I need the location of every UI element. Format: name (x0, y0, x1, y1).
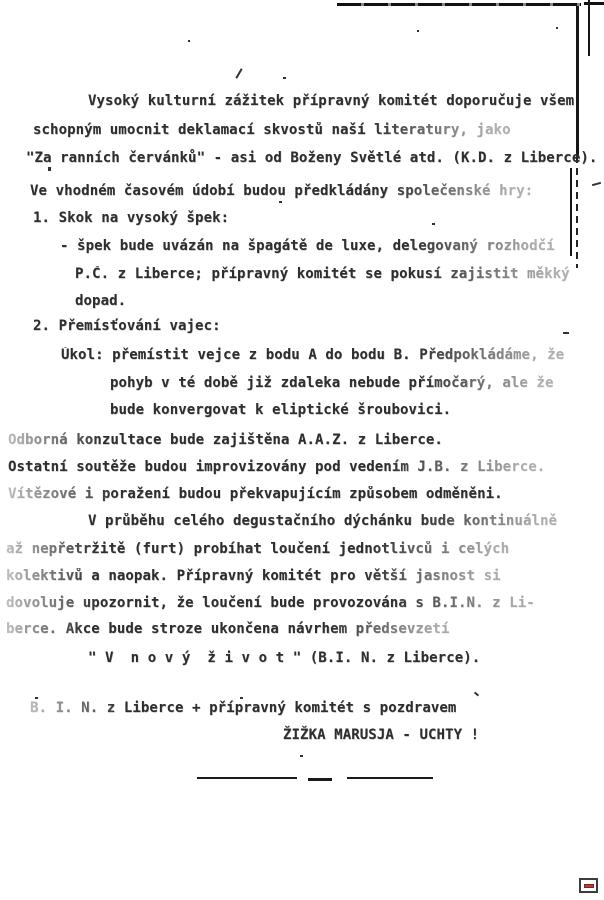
scan-border-right-dashed (576, 156, 578, 268)
document-line: - špek bude uvázán na špagátě de luxe, d… (60, 238, 555, 254)
scan-border-right (576, 6, 579, 156)
document-line: Ostatní soutěže budou improvizovány pod … (8, 459, 545, 475)
signature-line (308, 778, 332, 781)
document-line: 1. Skok na vysoký špek: (33, 210, 229, 226)
scan-speck (432, 223, 435, 225)
document-line: V průběhu celého degustačního dýchánku b… (88, 513, 557, 529)
document-line: P.Č. z Liberce; přípravný komitét se pok… (75, 266, 570, 282)
signature-line (197, 777, 297, 779)
document-line: dopad. (75, 293, 126, 309)
scan-speck (279, 201, 282, 203)
scan-border-right-inner (570, 168, 572, 256)
scanned-page: Vysoký kulturní zážitek přípravný komité… (0, 0, 604, 900)
scan-accent-mark (474, 692, 479, 697)
document-line: B. I. N. z Liberce + přípravný komitét s… (30, 700, 456, 716)
red-dash-box-icon[interactable] (579, 878, 598, 893)
document-line: bude konvergovat k eliptické šroubovici. (110, 402, 451, 418)
document-line: Odborná konzultace bude zajištěna A.A.Z.… (8, 432, 443, 448)
scan-border-right-outer (588, 0, 590, 56)
scan-speck (556, 27, 558, 29)
scan-speck (48, 167, 51, 171)
scan-speck (35, 697, 38, 699)
document-line: až nepřetržitě (furt) probíhat loučení j… (6, 541, 509, 557)
scan-speck (240, 697, 243, 699)
document-line: Úkol: přemístit vejce z bodu A do bodu B… (61, 347, 564, 363)
document-line: schopným umocnit deklamací skvostů naší … (33, 122, 511, 138)
document-line: 2. Přemísťování vajec: (33, 318, 221, 334)
document-line: pohyb v té době již zdaleka nebude přímo… (110, 375, 554, 391)
document-line: ŽIŽKA MARUSJA - UCHTY ! (283, 727, 479, 743)
scan-tilde-mark (592, 182, 601, 186)
scan-border-top-dashes (584, 2, 604, 5)
scan-border-top (337, 3, 581, 6)
document-line: berce. Akce bude stroze ukončena návrhem… (6, 621, 450, 637)
scan-dash-mark (563, 332, 569, 334)
document-line: kolektivů a naopak. Přípravný komitét pr… (6, 568, 501, 584)
document-line: dovoluje upozornit, že loučení bude prov… (6, 595, 535, 611)
document-line: Vítězové i poražení budou překvapujícím … (8, 486, 503, 502)
signature-line (347, 777, 433, 779)
scan-speck (417, 30, 419, 32)
document-line: "Za ranních červánků" - asi od Boženy Sv… (26, 150, 597, 166)
scan-speck (188, 40, 190, 42)
document-line: Vysoký kulturní zážitek přípravný komité… (88, 93, 574, 109)
document-line: Ve vhodném časovém údobí budou předkládá… (30, 183, 533, 199)
scan-speck (283, 77, 286, 79)
scan-slash-mark (235, 68, 242, 79)
red-dash-bar (584, 884, 594, 888)
scan-speck (300, 755, 303, 757)
document-line: " V n o v ý ž i v o t " (B.I. N. z Liber… (88, 650, 480, 666)
